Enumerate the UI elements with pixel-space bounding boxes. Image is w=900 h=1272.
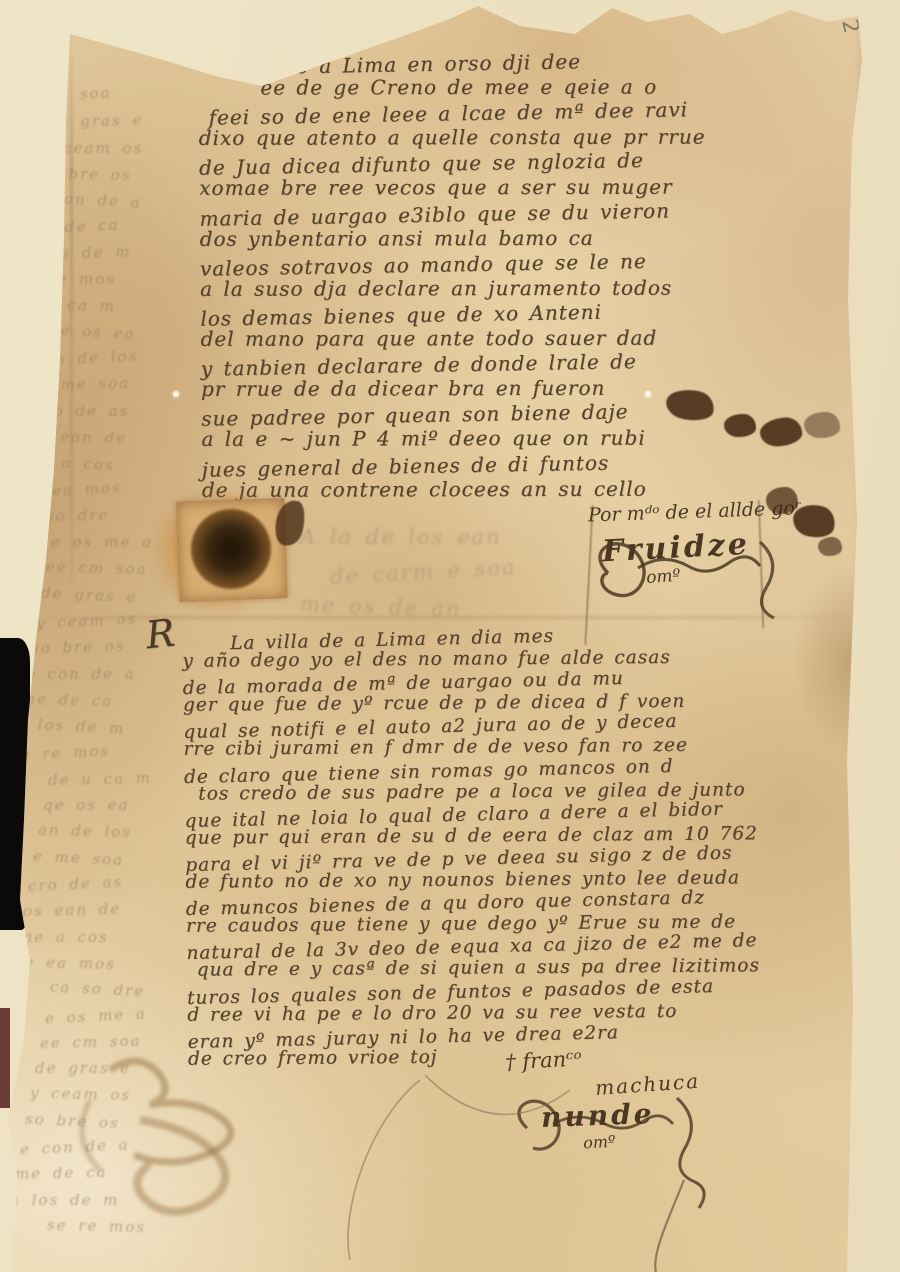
pinhole — [173, 391, 179, 397]
bleedthrough-line: a los de m — [16, 715, 126, 738]
ink-blot — [804, 412, 840, 438]
bleedthrough-line: e os me a — [45, 1004, 148, 1027]
bleedthrough-line: de u ca m — [48, 769, 152, 790]
bleedthrough-line: a los de m — [22, 242, 132, 263]
vertical-crease — [70, 36, 73, 616]
bleedthrough-line: y ceam os — [36, 610, 138, 633]
bleedthrough-line: e con de a — [32, 189, 142, 212]
paragraph-mark: R — [144, 611, 177, 658]
bleedthrough-line: so bre os — [31, 637, 126, 657]
bleedthrough-line: qe os ea — [43, 796, 130, 814]
folio-number-verso: 2v — [27, 7, 66, 41]
bleedthrough-line: de ea mos — [13, 953, 116, 974]
pinhole — [645, 391, 651, 397]
bleedthrough-line: an de los — [44, 347, 139, 370]
manuscript-page: ee cm soade gras ey ceam osso bre ose co… — [0, 0, 900, 1272]
bleedthrough-line: de carm e soa — [329, 555, 517, 589]
bleedthrough-line: cro de as — [34, 402, 129, 420]
bleedthrough-line: ca so dre — [50, 978, 146, 1001]
bleedthrough-line: ee cm soa — [46, 558, 148, 578]
bleedthrough-line: y ceam os — [42, 139, 143, 157]
ink-blot — [766, 487, 798, 514]
pencil-flourish-tail-icon — [330, 1060, 590, 1270]
bleedthrough-line: e con de a — [26, 665, 136, 683]
bleedthrough-line: ee cm soa — [10, 84, 112, 107]
folio-number-recto: 2 — [836, 17, 863, 36]
bleedthrough-line: A la de los ean — [300, 525, 502, 549]
bleedthrough-line: an de los — [38, 821, 133, 841]
bleedthrough-line: e os me a — [51, 533, 153, 551]
bleedthrough-line: de gras e — [41, 583, 138, 606]
bleedthrough-line: me de ca — [21, 690, 114, 710]
bleedthrough-line: qe os ea — [49, 321, 136, 343]
backdrop-gap-red — [0, 1008, 10, 1108]
bleedthrough-line: so bre os — [37, 164, 132, 184]
bleedthrough-line: de u ca m — [12, 295, 116, 316]
bleedthrough-line: de gras e — [47, 111, 144, 131]
bleedthrough-line: e me soa — [39, 374, 131, 394]
bleedthrough-line: me de ca — [27, 215, 120, 237]
wax-seal-icon — [190, 508, 272, 590]
bleedthrough-line: ca so dre — [14, 506, 110, 526]
bleedthrough-line: os ean de — [23, 900, 122, 920]
bleedthrough-line: cro de as — [28, 873, 124, 896]
ink-blot — [724, 414, 756, 437]
ink-blot — [818, 537, 842, 556]
bleedthrough-line: se re mos — [17, 270, 116, 288]
bleedthrough-line: e me soa — [33, 846, 125, 868]
manuscript-photo: ee cm soade gras ey ceam osso bre ose co… — [0, 0, 900, 1272]
bleedthrough-line: me a cos — [18, 928, 109, 946]
right-deckle-edge — [854, 0, 872, 1272]
bleedthrough-line: os ean de — [29, 427, 128, 447]
bleedthrough-rubric-icon — [50, 1040, 280, 1240]
paragraph-second: La villa de a Lima en dia mesy año dego … — [182, 621, 894, 1073]
